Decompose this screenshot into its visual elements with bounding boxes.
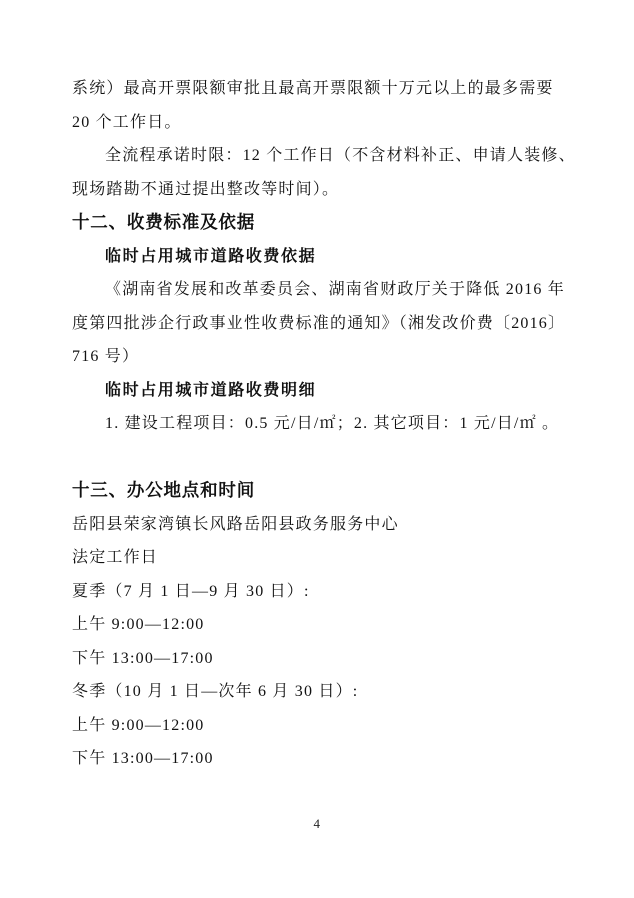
page-number: 4 <box>0 816 634 832</box>
fee-basis-line: 《湖南省发展和改革委员会、湖南省财政厅关于降低 2016 年 <box>72 273 572 307</box>
working-days-line: 法定工作日 <box>72 541 572 575</box>
document-page: 系统）最高开票限额审批且最高开票限额十万元以上的最多需要 20 个工作日。 全流… <box>0 0 634 898</box>
winter-afternoon-hours-line: 下午 13:00—17:00 <box>72 742 572 776</box>
paragraph-line: 系统）最高开票限额审批且最高开票限额十万元以上的最多需要 <box>72 72 572 106</box>
fee-basis-line: 716 号） <box>72 340 572 374</box>
office-address-line: 岳阳县荣家湾镇长风路岳阳县政务服务中心 <box>72 508 572 542</box>
winter-schedule-line: 冬季（10 月 1 日—次年 6 月 30 日）: <box>72 675 572 709</box>
fee-detail-subheading: 临时占用城市道路收费明细 <box>72 374 572 408</box>
paragraph-line: 20 个工作日。 <box>72 106 572 140</box>
fee-detail-line: 1. 建设工程项目：0.5 元/日/㎡；2. 其它项目：1 元/日/㎡ 。 <box>72 407 572 441</box>
fee-basis-line: 度第四批涉企行政事业性收费标准的通知》（湘发改价费〔2016〕 <box>72 307 572 341</box>
paragraph-line: 现场踏勘不通过提出整改等时间）。 <box>72 173 572 207</box>
summer-schedule-line: 夏季（7 月 1 日—9 月 30 日）: <box>72 575 572 609</box>
paragraph-line: 全流程承诺时限：12 个工作日（不含材料补正、申请人装修、 <box>72 139 572 173</box>
section-12-heading: 十二、收费标准及依据 <box>72 206 572 240</box>
winter-morning-hours-line: 上午 9:00—12:00 <box>72 709 572 743</box>
fee-basis-subheading: 临时占用城市道路收费依据 <box>72 240 572 274</box>
summer-afternoon-hours-line: 下午 13:00—17:00 <box>72 642 572 676</box>
section-13-heading: 十三、办公地点和时间 <box>72 474 572 508</box>
document-content: 系统）最高开票限额审批且最高开票限额十万元以上的最多需要 20 个工作日。 全流… <box>72 72 572 776</box>
summer-morning-hours-line: 上午 9:00—12:00 <box>72 608 572 642</box>
